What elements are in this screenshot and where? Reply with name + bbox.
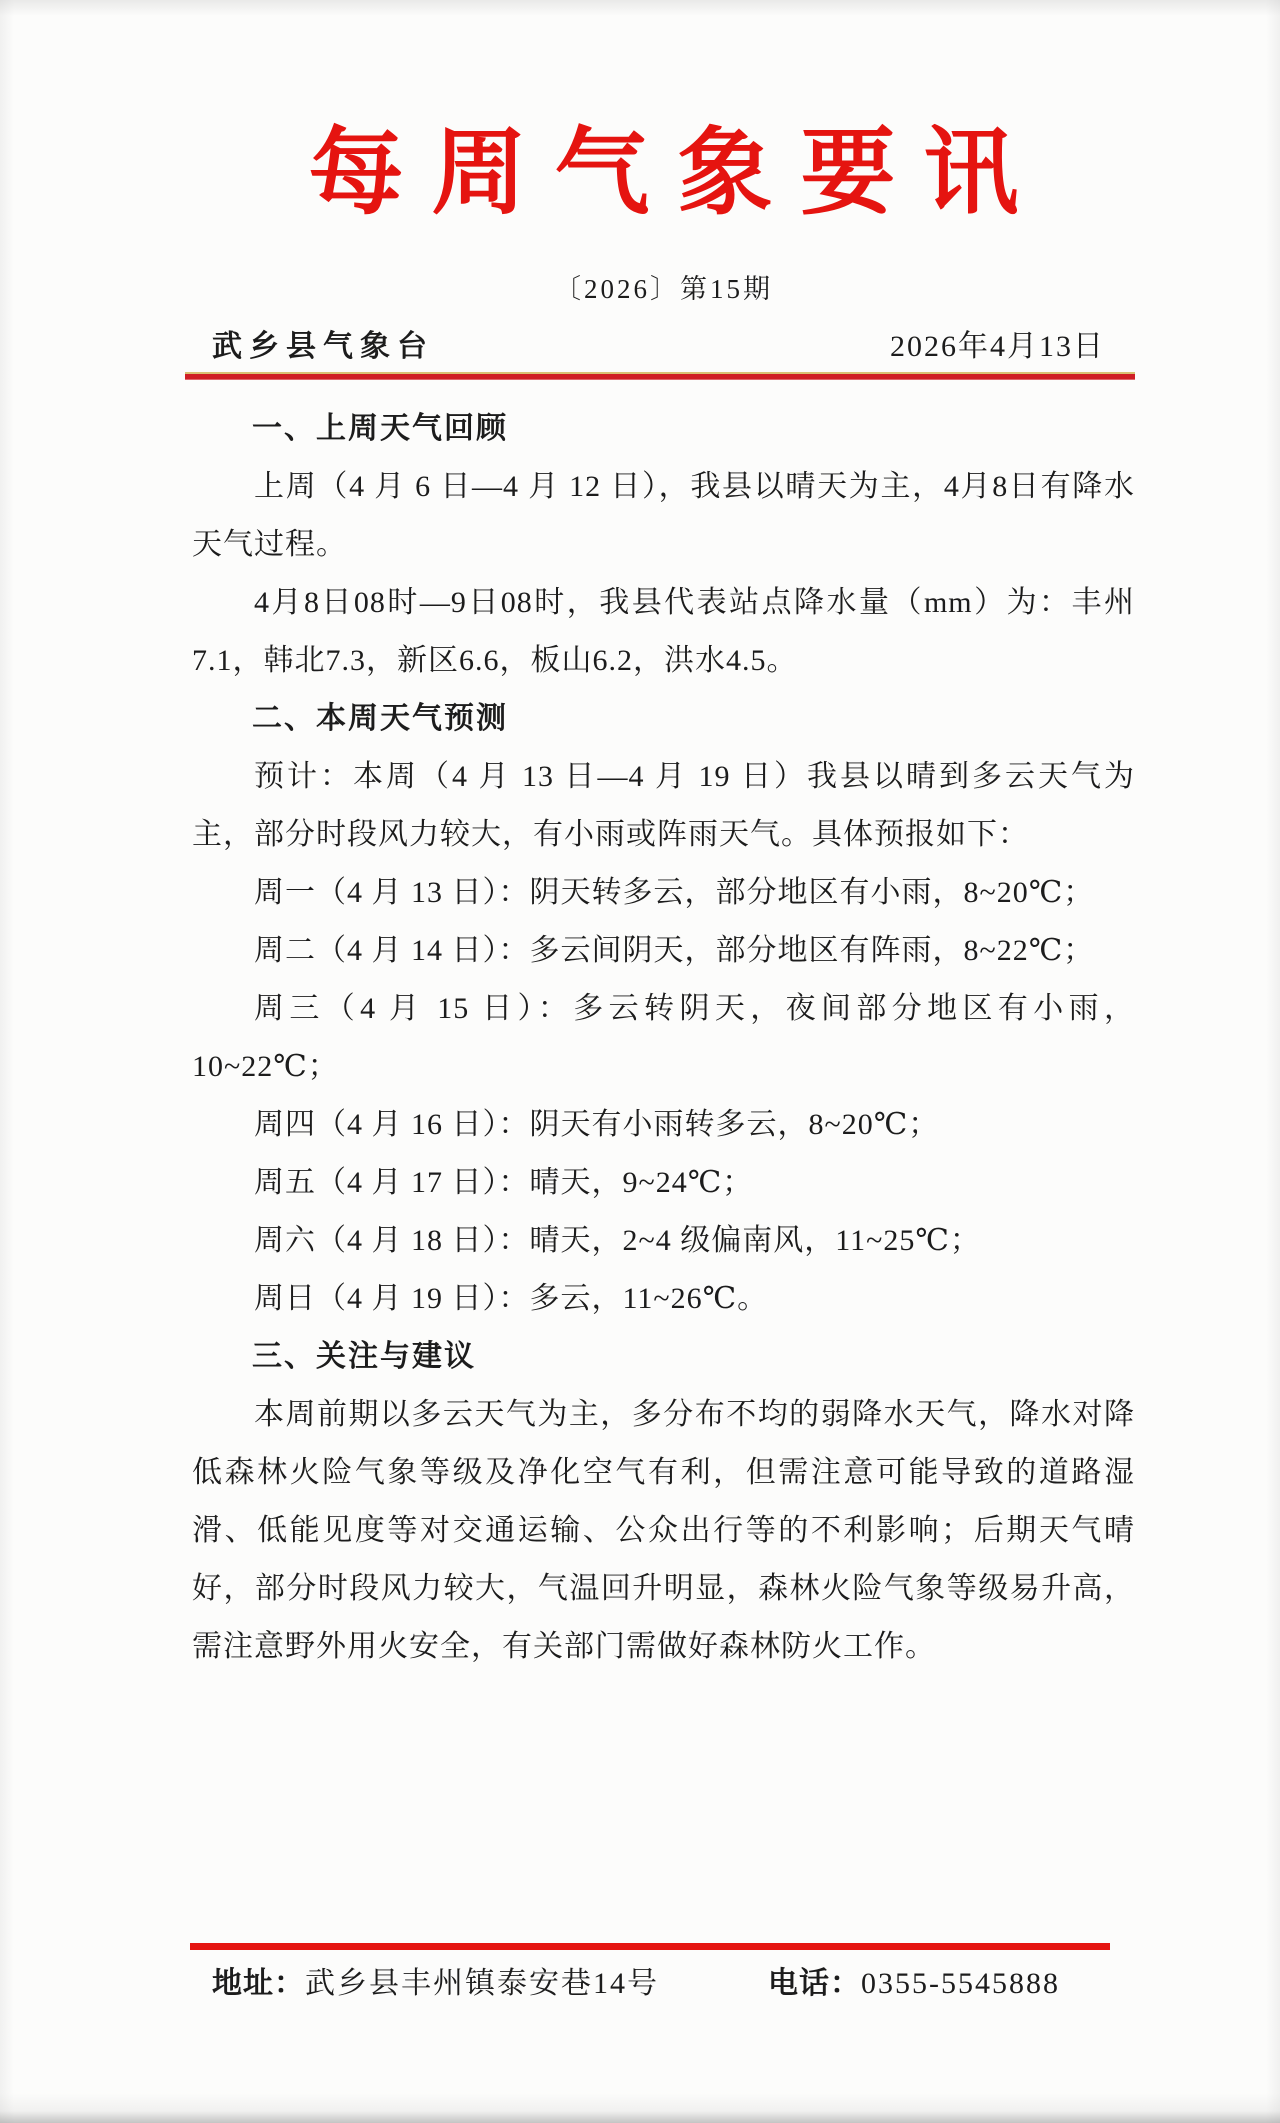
phone-group: 电话：0355-5545888: [768, 1962, 1060, 2006]
footer: 地址：武乡县丰州镇泰安巷14号 电话：0355-5545888: [190, 1962, 1110, 2006]
body-paragraph: 4月8日08时—9日08时，我县代表站点降水量（mm）为：丰州7.1，韩北7.3…: [192, 574, 1135, 690]
body-paragraph: 本周前期以多云天气为主，多分布不均的弱降水天气，降水对降低森林火险气象等级及净化…: [192, 1386, 1135, 1676]
forecast-saturday: 周六（4 月 18 日）：晴天，2~4 级偏南风，11~25℃；: [192, 1212, 1135, 1270]
forecast-friday: 周五（4 月 17 日）：晴天，9~24℃；: [192, 1154, 1135, 1212]
body-paragraph: 上周（4 月 6 日—4 月 12 日），我县以晴天为主，4月8日有降水天气过程…: [192, 458, 1135, 574]
document-title: 每周气象要讯: [192, 126, 1135, 221]
forecast-tuesday: 周二（4 月 14 日）：多云间阴天，部分地区有阵雨，8~22℃；: [192, 922, 1135, 980]
forecast-thursday: 周四（4 月 16 日）：阴天有小雨转多云，8~20℃；: [192, 1096, 1135, 1154]
section-heading-last-week-review: 一、上周天气回顾: [192, 400, 1135, 458]
forecast-monday: 周一（4 月 13 日）：阴天转多云，部分地区有小雨，8~20℃；: [192, 864, 1135, 922]
weather-bulletin-page: 每周气象要讯 〔2026〕第15期 武乡县气象台 2026年4月13日 一、上周…: [0, 0, 1280, 2123]
forecast-wednesday: 周三（4 月 15 日）：多云转阴天，夜间部分地区有小雨，10~22℃；: [192, 980, 1135, 1096]
document-body: 一、上周天气回顾 上周（4 月 6 日—4 月 12 日），我县以晴天为主，4月…: [192, 400, 1135, 1676]
header-meta-row: 武乡县气象台 2026年4月13日: [192, 321, 1135, 365]
phone-label: 电话：: [768, 1967, 861, 2000]
issuing-agency: 武乡县气象台: [192, 321, 434, 365]
address-label: 地址：: [212, 1967, 305, 2000]
body-paragraph: 预计：本周（4 月 13 日—4 月 19 日）我县以晴到多云天气为主，部分时段…: [192, 748, 1135, 864]
publish-date: 2026年4月13日: [890, 321, 1135, 365]
header-divider-line: [185, 372, 1135, 380]
forecast-sunday: 周日（4 月 19 日）：多云，11~26℃。: [192, 1270, 1135, 1328]
address-text: 武乡县丰州镇泰安巷14号: [305, 1967, 659, 2000]
phone-number: 0355-5545888: [861, 1967, 1060, 2000]
address-group: 地址：武乡县丰州镇泰安巷14号: [190, 1962, 659, 2006]
issue-number: 〔2026〕第15期: [192, 267, 1135, 306]
footer-divider-line: [190, 1943, 1110, 1950]
section-heading-weekly-forecast: 二、本周天气预测: [192, 690, 1135, 748]
document-content: 每周气象要讯 〔2026〕第15期 武乡县气象台 2026年4月13日 一、上周…: [192, 0, 1135, 1676]
section-heading-suggestions: 三、关注与建议: [192, 1328, 1135, 1386]
